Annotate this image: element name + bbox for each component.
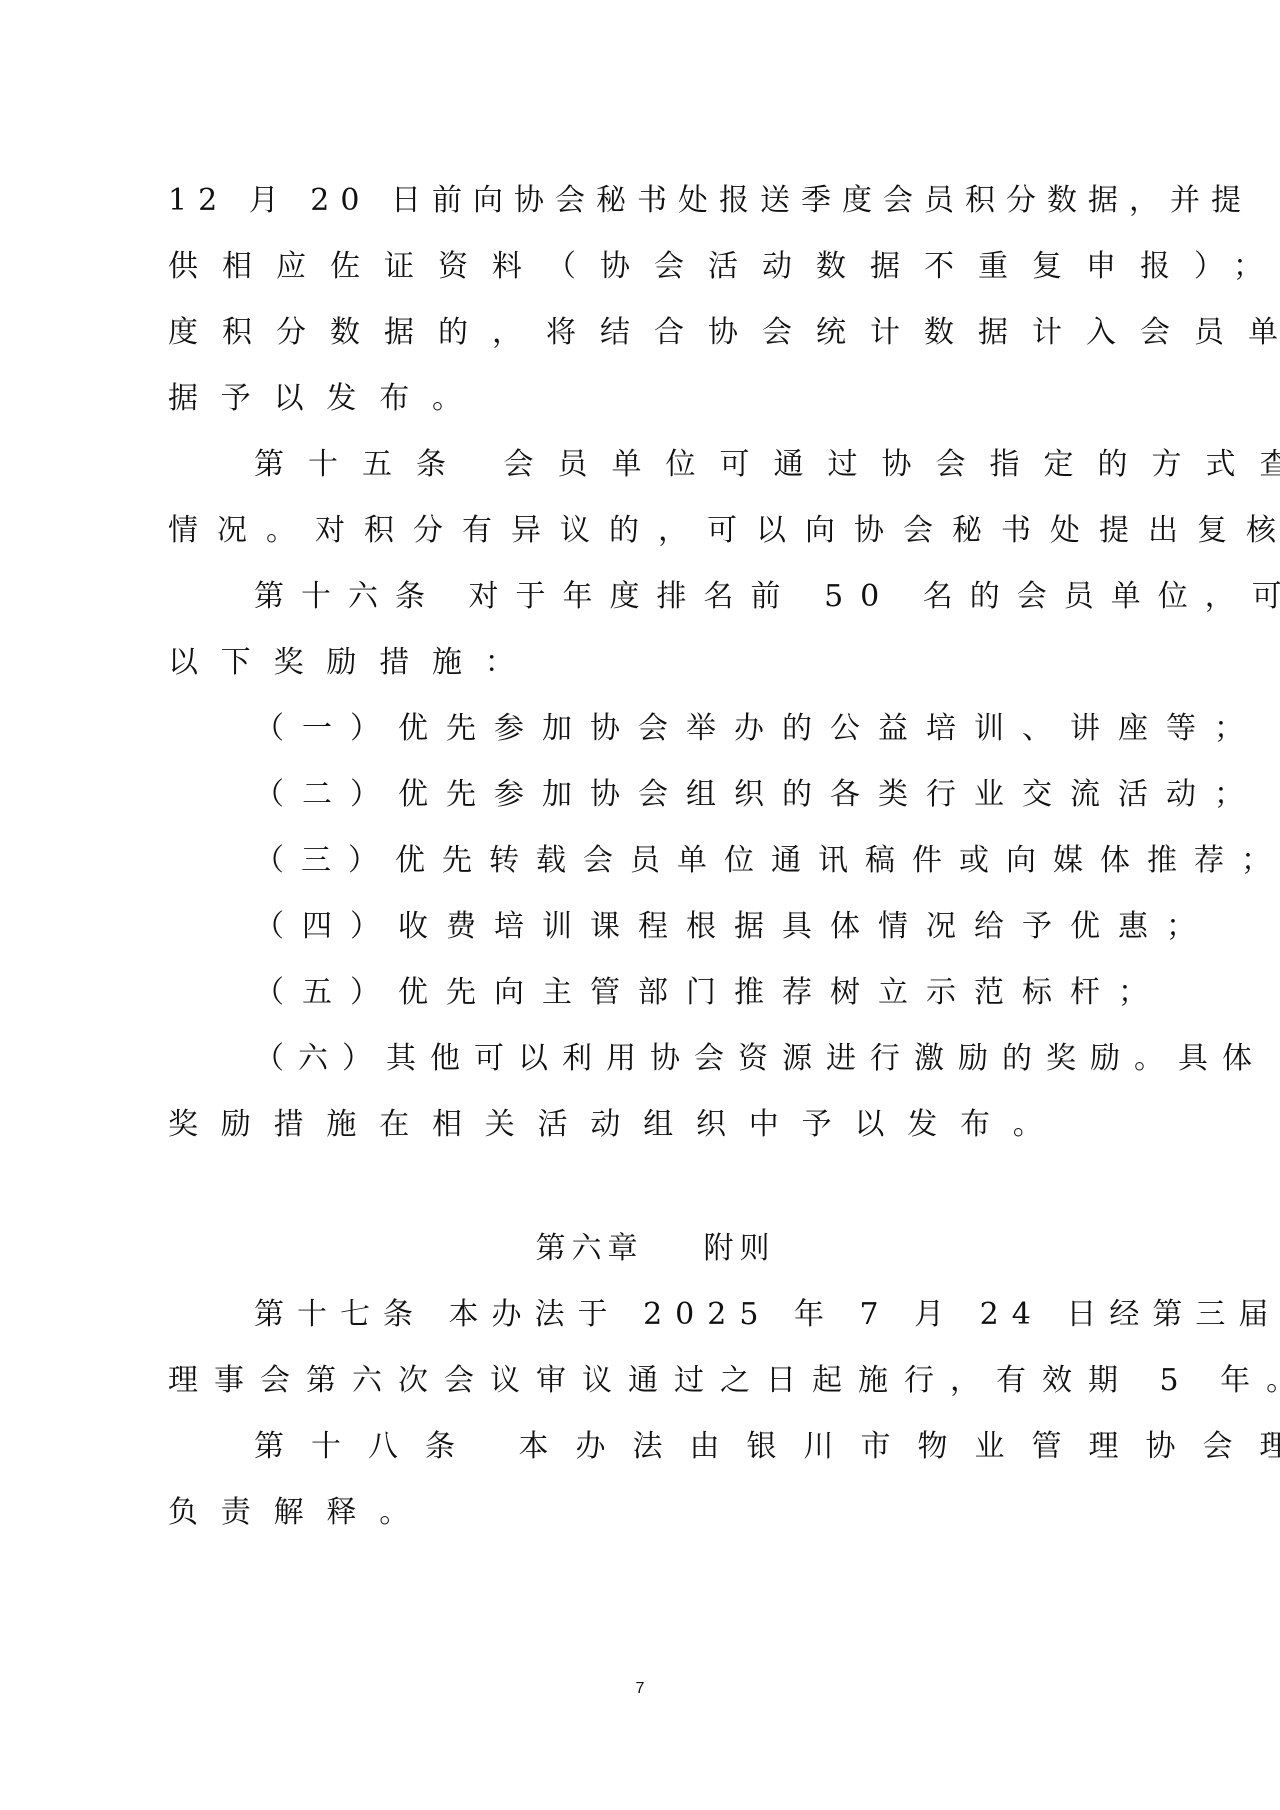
chapter-title: 附则 <box>704 1231 776 1266</box>
text-line: 第十七条 本办法于 2025 年 7 月 24 日经第三届 <box>168 1282 1103 1348</box>
reward-list: （一）优先参加协会举办的公益培训、讲座等； （二）优先参加协会组织的各类行业交流… <box>168 696 1103 1158</box>
document-page: 12 月 20 日前向协会秘书处报送季度会员积分数据，并提 供相应佐证资料（协会… <box>168 168 1103 1546</box>
list-item: （一）优先参加协会举办的公益培训、讲座等； <box>168 696 1103 762</box>
text-line: 理事会第六次会议审议通过之日起施行，有效期 5 年。 <box>168 1348 1103 1414</box>
text-line: 供相应佐证资料（协会活动数据不重复申报）；未报送季 <box>168 234 1103 300</box>
article-16: 第十六条 对于年度排名前 50 名的会员单位，可享受 以下奖励措施： <box>168 564 1103 696</box>
text-line: 度积分数据的，将结合协会统计数据计入会员单位积分数 <box>168 300 1103 366</box>
article-17: 第十七条 本办法于 2025 年 7 月 24 日经第三届 理事会第六次会议审议… <box>168 1282 1103 1414</box>
text-line: 第十六条 对于年度排名前 50 名的会员单位，可享受 <box>168 564 1103 630</box>
text-line: 负责解释。 <box>168 1480 1103 1546</box>
list-item-continuation: 奖励措施在相关活动组织中予以发布。 <box>168 1092 1103 1158</box>
list-item: （四）收费培训课程根据具体情况给予优惠； <box>168 894 1103 960</box>
list-item: （三）优先转载会员单位通讯稿件或向媒体推荐； <box>168 828 1103 894</box>
text-line: 第十八条 本办法由银川市物业管理协会理事会 <box>168 1414 1103 1480</box>
text-line: 据予以发布。 <box>168 366 1103 432</box>
text-line: 12 月 20 日前向协会秘书处报送季度会员积分数据，并提 <box>168 168 1103 234</box>
chapter-heading: 第六章附则 <box>168 1216 1103 1282</box>
chapter-number: 第六章 <box>536 1231 644 1266</box>
list-item: （五）优先向主管部门推荐树立示范标杆； <box>168 960 1103 1026</box>
list-item: （二）优先参加协会组织的各类行业交流活动； <box>168 762 1103 828</box>
article-15: 第十五条 会员单位可通过协会指定的方式查询积分 情况。对积分有异议的，可以向协会… <box>168 432 1103 564</box>
list-item: （六）其他可以利用协会资源进行激励的奖励。具体 <box>168 1026 1103 1092</box>
text-line: 以下奖励措施： <box>168 630 1103 696</box>
page-number: 7 <box>0 1680 1280 1698</box>
article-18: 第十八条 本办法由银川市物业管理协会理事会 负责解释。 <box>168 1414 1103 1546</box>
text-line: 情况。对积分有异议的，可以向协会秘书处提出复核。 <box>168 498 1103 564</box>
paragraph-continuation: 12 月 20 日前向协会秘书处报送季度会员积分数据，并提 供相应佐证资料（协会… <box>168 168 1103 432</box>
text-line: 第十五条 会员单位可通过协会指定的方式查询积分 <box>168 432 1103 498</box>
